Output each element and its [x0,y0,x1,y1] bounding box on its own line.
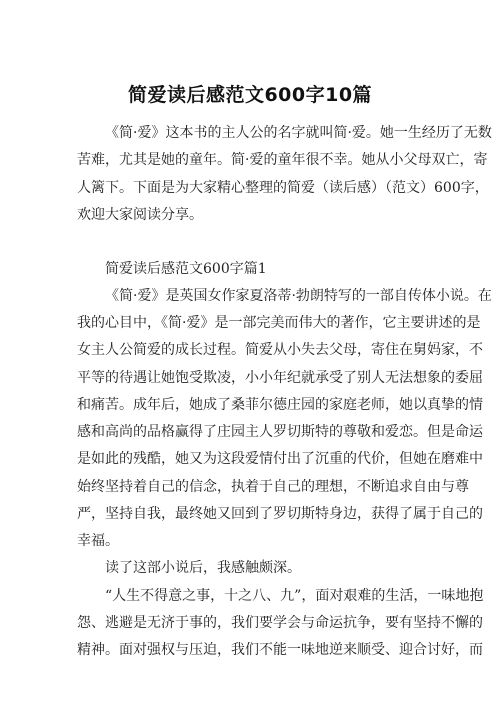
body-line: “人生不得意之事，十之八、九”，面对艰难的生活，一味地抱 [105,587,424,605]
body-line: 女主人公简爱的成长过程。简爱从小失去父母，寄住在舅妈家，不 [77,341,424,359]
body-line: 严，坚持自我，最终她又回到了罗切斯特身边，获得了属于自己的 [77,505,424,523]
intro-line: 欢迎大家阅读分享。 [77,206,424,224]
body-line: 感和高尚的品格赢得了庄园主人罗切斯特的尊敬和爱恋。但是命运 [77,423,424,441]
body-line: 精神。面对强权与压迫，我们不能一味地逆来顺受、迎合讨好，而 [77,641,424,659]
body-line: 始终坚持着自己的信念，执着于自己的理想，不断追求自由与尊 [77,478,424,496]
body-line: 幸福。 [77,532,424,550]
document-title: 简爱读后感范文600字10篇 [0,80,500,107]
body-line: 《简·爱》是英国女作家夏洛蒂·勃朗特写的一部自传体小说。在 [105,287,424,305]
body-line: 平等的待遇让她饱受欺凌，小小年纪就承受了别人无法想象的委屈 [77,369,424,387]
body-line: 读了这部小说后，我感触颇深。 [105,559,424,577]
intro-line: 苦难，尤其是她的童年。简·爱的童年很不幸。她从小父母双亡，寄 [77,151,424,169]
body-line: 怨、逃避是无济于事的，我们要学会与命运抗争，要有坚持不懈的 [77,614,424,632]
body-line: 和痛苦。成年后，她成了桑菲尔德庄园的家庭老师，她以真挚的情 [77,396,424,414]
body-line: 是如此的残酷，她又为这段爱情付出了沉重的代价，但她在磨难中 [77,450,424,468]
body-line: 我的心目中，《简·爱》是一部完美而伟大的著作，它主要讲述的是 [77,314,424,332]
intro-line: 《简·爱》这本书的主人公的名字就叫简·爱。她一生经历了无数 [105,124,424,142]
intro-line: 人篱下。下面是为大家精心整理的简爱（读后感）（范文）600字， [77,179,424,197]
section-heading: 简爱读后感范文600字篇1 [105,260,267,278]
document-page: 简爱读后感范文600字10篇 《简·爱》这本书的主人公的名字就叫简·爱。她一生经… [0,0,500,707]
